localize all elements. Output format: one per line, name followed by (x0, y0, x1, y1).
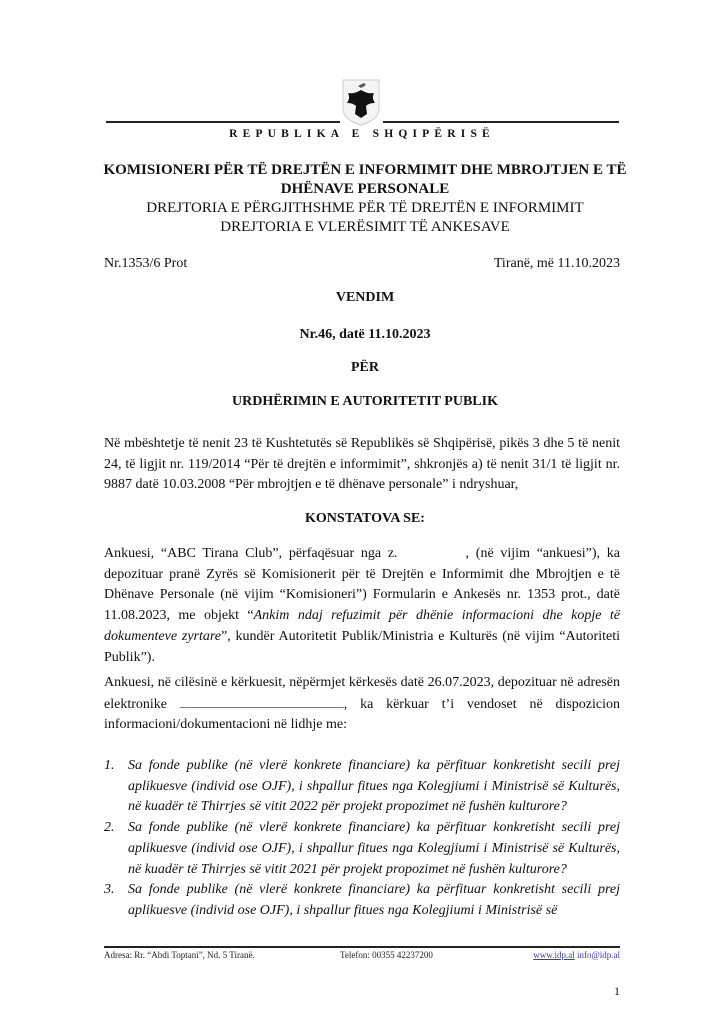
institution-line-2: DHËNAVE PERSONALE (100, 180, 630, 199)
header-rule-left (106, 121, 340, 123)
document-page: REPUBLIKA E SHQIPËRISË KOMISIONERI PËR T… (0, 0, 724, 1024)
header-rule-right (383, 121, 619, 123)
list-item: 2. Sa fonde publike (në vlerë konkrete f… (104, 818, 620, 880)
footer-address: Adresa: Rr. “Abdi Toptani”, Nd. 5 Tiranë… (104, 950, 255, 960)
findings-heading: KONSTATOVA SE: (100, 511, 630, 527)
list-item-number: 1. (104, 756, 115, 777)
request-paragraph: Ankuesi, në cilësinë e kërkuesit, nëpërm… (104, 673, 620, 736)
footer-rule (104, 946, 620, 948)
complaint-paragraph: Ankuesi, “ABC Tirana Club”, përfaqësuar … (104, 544, 620, 668)
legal-basis-paragraph: Në mbështetje të nenit 23 të Kushtetutës… (104, 434, 620, 496)
protocol-number: Nr.1353/6 Prot (104, 256, 187, 272)
list-item-text: Sa fonde publike (në vlerë konkrete fina… (128, 820, 620, 876)
list-item-text: Sa fonde publike (në vlerë konkrete fina… (128, 758, 620, 814)
place-date: Tiranë, më 11.10.2023 (494, 256, 620, 272)
redacted-email-blank (180, 694, 344, 708)
requests-list: 1. Sa fonde publike (në vlerë konkrete f… (104, 756, 620, 922)
website-link[interactable]: www.idp.al (533, 950, 574, 960)
decision-heading: VENDIM (100, 290, 630, 306)
coat-of-arms-icon (340, 78, 382, 126)
decision-per: PËR (100, 360, 630, 376)
republic-name: REPUBLIKA E SHQIPËRISË (0, 128, 724, 140)
footer-links: www.idp.al info@idp.al (533, 950, 620, 960)
list-item-text: Sa fonde publike (në vlerë konkrete fina… (128, 882, 620, 918)
page-number: 1 (614, 984, 620, 999)
decision-number: Nr.46, datë 11.10.2023 (100, 327, 630, 343)
institution-line-1: KOMISIONERI PËR TË DREJTËN E INFORMIMIT … (100, 161, 630, 180)
list-item: 3. Sa fonde publike (në vlerë konkrete f… (104, 880, 620, 921)
footer-phone: Telefon: 00355 42237200 (340, 950, 433, 960)
directorate-general: DREJTORIA E PËRGJITHSHME PËR TË DREJTËN … (100, 199, 630, 218)
directorate: DREJTORIA E VLERËSIMIT TË ANKESAVE (100, 218, 630, 237)
institution-name: KOMISIONERI PËR TË DREJTËN E INFORMIMIT … (100, 161, 630, 237)
email-link[interactable]: info@idp.al (577, 950, 620, 960)
complaint-text-a: Ankuesi, “ABC Tirana Club”, përfaqësuar … (104, 546, 398, 561)
list-item-number: 3. (104, 880, 115, 901)
list-item-number: 2. (104, 818, 115, 839)
decision-subject: URDHËRIMIN E AUTORITETIT PUBLIK (100, 394, 630, 410)
list-item: 1. Sa fonde publike (në vlerë konkrete f… (104, 756, 620, 818)
